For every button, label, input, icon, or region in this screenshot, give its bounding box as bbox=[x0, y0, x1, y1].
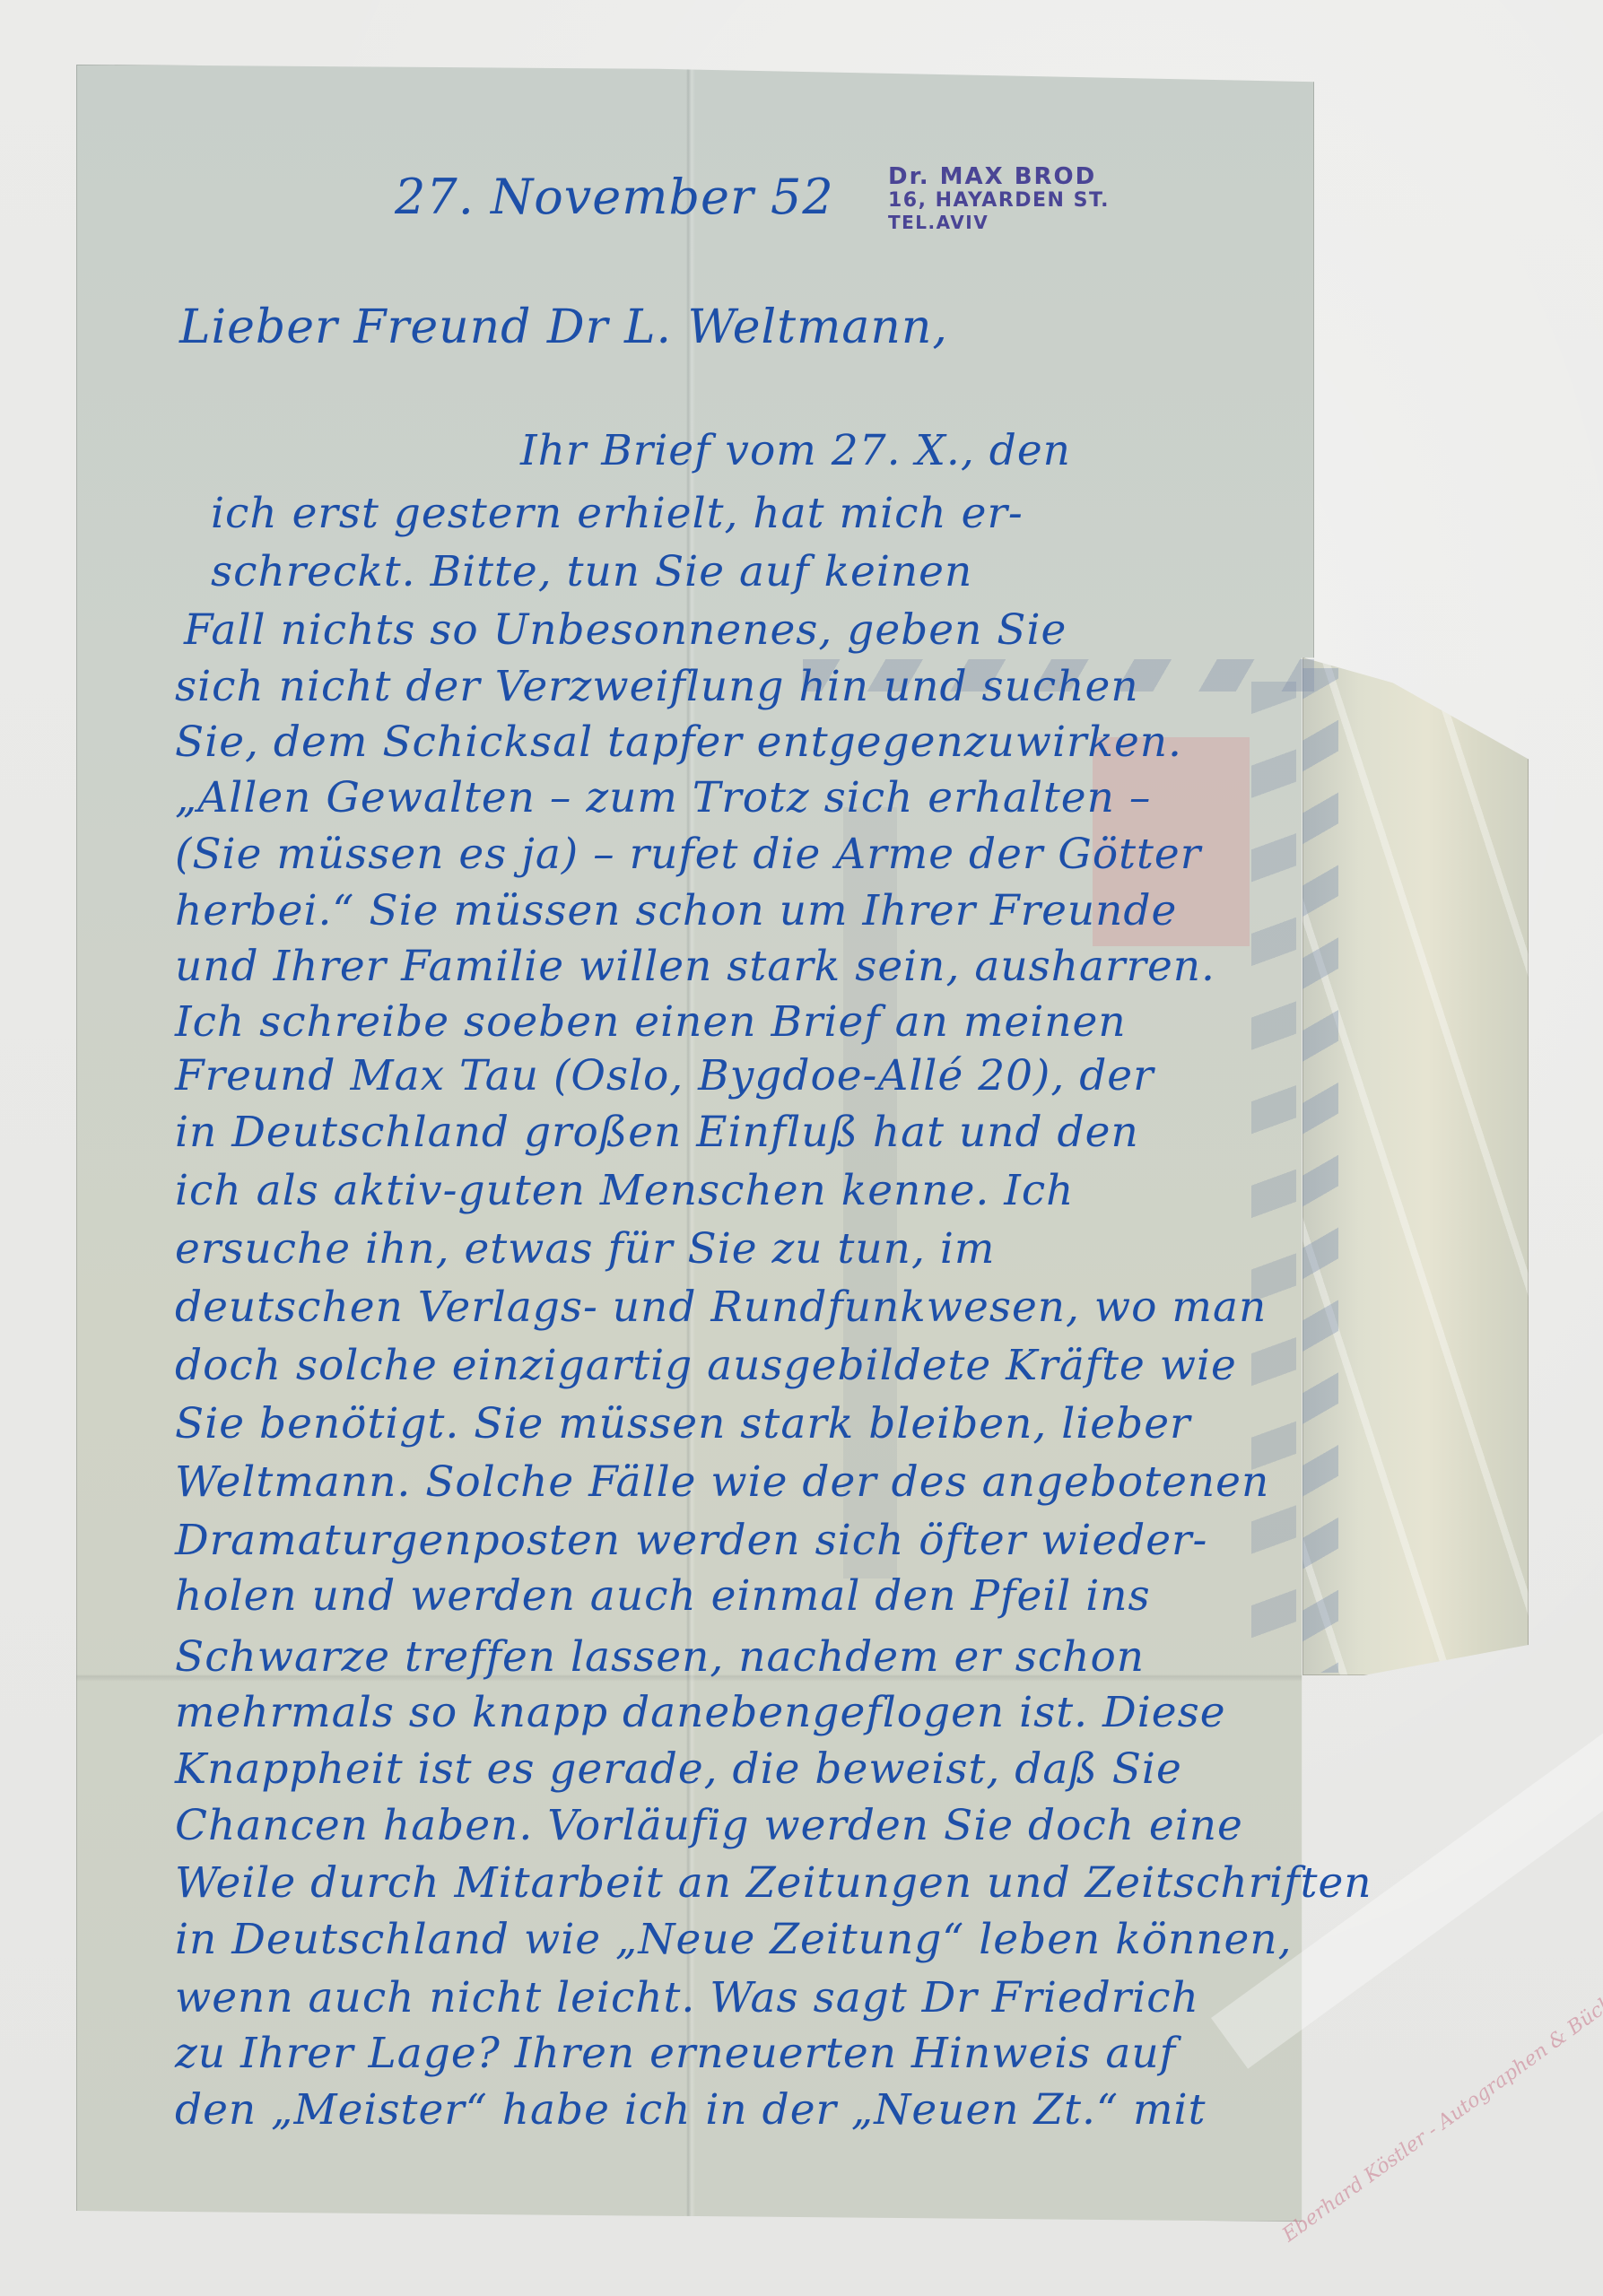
body-line: in Deutschland wie „Neue Zeitung“ leben … bbox=[175, 1915, 1293, 1964]
body-line: Dramaturgenposten werden sich öfter wied… bbox=[175, 1516, 1207, 1565]
body-line: ich als aktiv-guten Menschen kenne. Ich bbox=[175, 1166, 1074, 1215]
body-line: mehrmals so knapp danebengeflogen ist. D… bbox=[175, 1688, 1226, 1737]
body-line: Schwarze treffen lassen, nachdem er scho… bbox=[175, 1632, 1145, 1682]
body-line: (Sie müssen es ja) – rufet die Arme der … bbox=[175, 830, 1201, 879]
body-line: ich erst gestern erhielt, hat mich er- bbox=[211, 489, 1024, 538]
body-line: holen und werden auch einmal den Pfeil i… bbox=[175, 1571, 1151, 1621]
letterhead-stamp: Dr. MAX BROD 16, HAYARDEN ST. TEL.AVIV bbox=[888, 164, 1110, 232]
body-line: Weltmann. Solche Fälle wie der des angeb… bbox=[175, 1457, 1269, 1507]
body-line: doch solche einzigartig ausgebildete Krä… bbox=[175, 1341, 1237, 1390]
body-line: sich nicht der Verzweiflung hin und such… bbox=[175, 662, 1139, 711]
body-line: ersuche ihn, etwas für Sie zu tun, im bbox=[175, 1224, 995, 1274]
airmail-stripes-right bbox=[1251, 682, 1296, 1668]
salutation: Lieber Freund Dr L. Weltmann, bbox=[179, 300, 948, 354]
body-line: deutschen Verlags- und Rundfunkwesen, wo… bbox=[175, 1283, 1267, 1332]
body-line: Weile durch Mitarbeit an Zeitungen und Z… bbox=[175, 1858, 1372, 1908]
letter-date: 27. November 52 bbox=[395, 169, 834, 225]
body-line: wenn auch nicht leicht. Was sagt Dr Frie… bbox=[175, 1973, 1199, 2022]
airmail-stripes-flap bbox=[1302, 668, 1338, 1673]
body-line: Ihr Brief vom 27. X., den bbox=[520, 426, 1071, 475]
body-line: schreckt. Bitte, tun Sie auf keinen bbox=[211, 547, 972, 596]
body-line: den „Meister“ habe ich in der „Neuen Zt.… bbox=[175, 2085, 1206, 2135]
body-line: Knappheit ist es gerade, die beweist, da… bbox=[175, 1744, 1182, 1794]
letterhead-name: Dr. MAX BROD bbox=[888, 164, 1110, 190]
letterhead-city: TEL.AVIV bbox=[888, 213, 1110, 232]
letterhead-street: 16, HAYARDEN ST. bbox=[888, 190, 1110, 213]
body-line: zu Ihrer Lage? Ihren erneuerten Hinweis … bbox=[175, 2029, 1176, 2078]
body-line: und Ihrer Familie willen stark sein, aus… bbox=[175, 942, 1215, 991]
body-line: in Deutschland großen Einfluß hat und de… bbox=[175, 1108, 1139, 1157]
body-line: „Allen Gewalten – zum Trotz sich erhalte… bbox=[175, 773, 1151, 822]
body-line: herbei.“ Sie müssen schon um Ihrer Freun… bbox=[175, 886, 1177, 935]
body-line: Ich schreibe soeben einen Brief an meine… bbox=[175, 997, 1127, 1047]
body-line: Fall nichts so Unbesonnenes, geben Sie bbox=[184, 605, 1067, 655]
body-line: Freund Max Tau (Oslo, Bygdoe-Allé 20), d… bbox=[175, 1051, 1154, 1100]
body-line: Sie, dem Schicksal tapfer entgegenzuwirk… bbox=[175, 717, 1182, 767]
body-line: Chancen haben. Vorläufig werden Sie doch… bbox=[175, 1801, 1243, 1850]
body-line: Sie benötigt. Sie müssen stark bleiben, … bbox=[175, 1399, 1191, 1448]
